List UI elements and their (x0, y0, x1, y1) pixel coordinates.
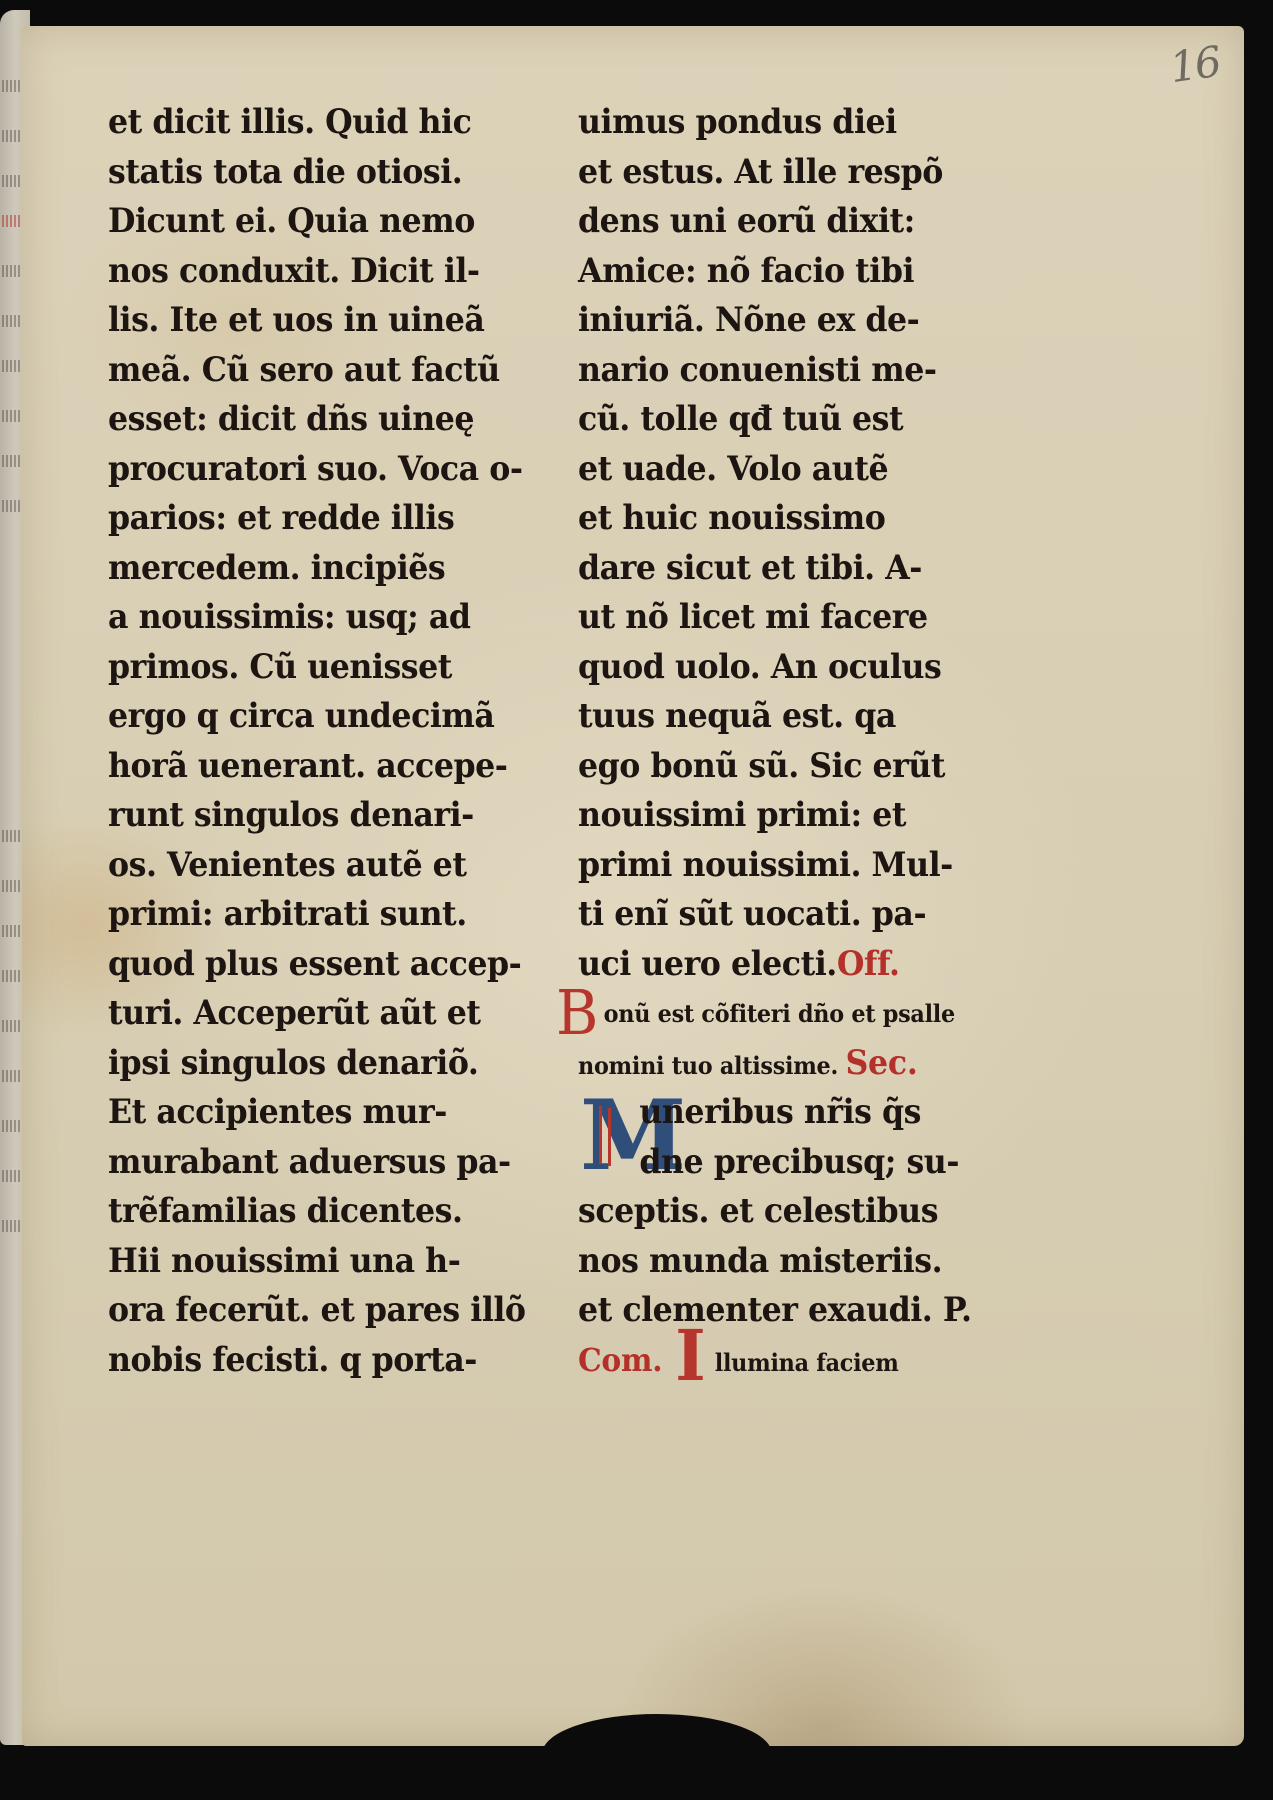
text-line: horã uenerant. accepe- (108, 742, 499, 792)
text-line: primi nouissimi. Mul- (578, 841, 969, 891)
text-line: parios: et redde illis (108, 494, 499, 544)
text-segment: llumina faciem (715, 1348, 899, 1377)
page-tear (542, 1714, 772, 1754)
text-line: primos. Cũ uenisset (108, 643, 499, 693)
text-line: nobis fecisti. q porta- (108, 1336, 499, 1386)
text-line: os. Venientes autẽ et (108, 841, 499, 891)
text-line: esset: dicit dñs uineę (108, 395, 499, 445)
text-line: ipsi singulos denariõ. (108, 1039, 499, 1089)
text-line: mercedem. incipiẽs (108, 544, 499, 594)
text-line: statis tota die otiosi. (108, 148, 499, 198)
text-column-left: et dicit illis. Quid hic statis tota die… (108, 98, 528, 1385)
text-line: nouissimi primi: et (578, 791, 969, 841)
text-line: nario conuenisti me- (578, 346, 969, 396)
rubric-communion-label: Com. (578, 1341, 662, 1379)
text-line: trẽfamilias dicentes. (108, 1187, 499, 1237)
manuscript-photograph: 16 et dicit illis. Quid hic statis tota … (0, 0, 1273, 1800)
text-line: uimus pondus diei (578, 98, 969, 148)
text-line: ti enĩ sũt uocati. pa- (578, 890, 969, 940)
text-line: cũ. tolle qđ tuũ est (578, 395, 969, 445)
text-line: et uade. Volo autẽ (578, 445, 969, 495)
text-line: turi. Acceperũt aũt et (108, 989, 499, 1039)
text-line: dare sicut et tibi. A- (578, 544, 969, 594)
text-line: ego bonũ sũ. Sic erũt (578, 742, 969, 792)
text-segment: uci uero electi. (578, 944, 837, 984)
initial-i-red: I (675, 1336, 705, 1376)
text-line: nos munda misteriis. (578, 1237, 969, 1287)
text-line-with-rubric: uci uero electi.Off. (578, 940, 969, 990)
text-line: et huic nouissimo (578, 494, 969, 544)
initial-b: B (556, 993, 598, 1033)
text-line: procuratori suo. Voca o- (108, 445, 499, 495)
text-line: Dicunt ei. Quia nemo (108, 197, 499, 247)
text-line: Hii nouissimi una h- (108, 1237, 499, 1287)
text-line: uneribus nr̃is q̃s (578, 1088, 969, 1138)
text-line: dne precibusq; su- (578, 1138, 969, 1188)
text-line: tuus nequã est. qa (578, 692, 969, 742)
text-line: runt singulos denari- (108, 791, 499, 841)
text-line: dens uni eorũ dixit: (578, 197, 969, 247)
text-line: primi: arbitrati sunt. (108, 890, 499, 940)
communion-line: Com.Illumina faciem (578, 1336, 969, 1386)
text-line: sceptis. et celestibus (578, 1187, 969, 1237)
text-line: ergo q circa undecimã (108, 692, 499, 742)
rubric-secret-label: Sec. (845, 1043, 917, 1083)
text-segment: nomini tuo altissime. (578, 1051, 838, 1080)
text-column-right: uimus pondus diei et estus. At ille resp… (578, 98, 998, 1385)
text-line: ora fecerũt. et pares illõ (108, 1286, 499, 1336)
text-segment: onũ est cõfiteri dño et psalle (604, 999, 955, 1028)
text-line: Et accipientes mur- (108, 1088, 499, 1138)
text-line: lis. Ite et uos in uineã (108, 296, 499, 346)
text-line: et estus. At ille respõ (578, 148, 969, 198)
text-line: meã. Cũ sero aut factũ (108, 346, 499, 396)
text-line: quod plus essent accep- (108, 940, 499, 990)
text-line: murabant aduersus pa- (108, 1138, 499, 1188)
text-line: a nouissimis: usq; ad (108, 593, 499, 643)
offertory-line-1: Bonũ est cõfiteri dño et psalle (556, 989, 967, 1039)
rubric-offertory-label: Off. (837, 944, 900, 984)
text-line: ut nõ licet mi facere (578, 593, 969, 643)
text-line: nos conduxit. Dicit il- (108, 247, 499, 297)
text-line: quod uolo. An oculus (578, 643, 969, 693)
secret-block: M uneribus nr̃is q̃s dne precibusq; su- … (578, 1088, 998, 1336)
text-line: et dicit illis. Quid hic (108, 98, 499, 148)
text-line: iniuriã. Nõne ex de- (578, 296, 969, 346)
text-line: et clementer exaudi. P. (578, 1286, 969, 1336)
text-line: Amice: nõ facio tibi (578, 247, 969, 297)
folio-number: 16 (1167, 37, 1223, 92)
